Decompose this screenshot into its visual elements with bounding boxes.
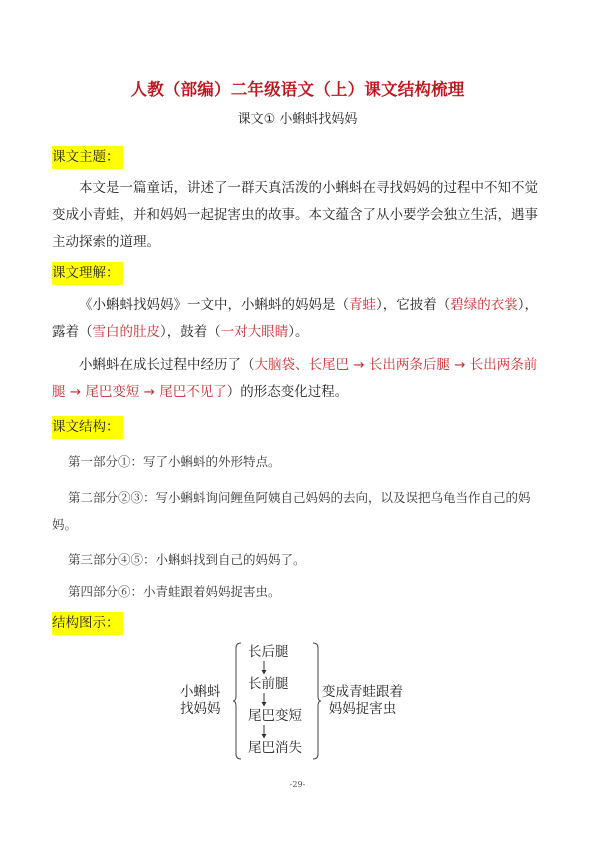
- structure-part-text: 第三部分④⑤：小蝌蚪找到自己的妈妈了。: [68, 552, 306, 567]
- answer-white-belly: 雪白的肚皮: [93, 324, 161, 340]
- section-label-theme: 课文主题：: [52, 146, 123, 169]
- theme-paragraph: 本文是一篇童话，讲述了一群天真活泼的小蝌蚪在寻找妈妈的过程中不知不觉变成小青蛙，…: [52, 175, 544, 256]
- text-fragment: 《小蝌蚪找妈妈》一文中，小蝌蚪的妈妈是（: [79, 297, 349, 313]
- answer-green-clothes: 碧绿的衣裳: [450, 297, 518, 313]
- understanding-paragraph-2: 小蝌蚪在成长过程中经历了（大脑袋、长尾巴 → 长出两条后腿 → 长出两条前腿 →…: [52, 352, 544, 406]
- structure-part-text: 第四部分⑥：小青蛙跟着妈妈捉害虫。: [68, 584, 281, 599]
- structure-part-4: 第四部分⑥：小青蛙跟着妈妈捉害虫。: [52, 578, 544, 605]
- page-number: -29-: [0, 780, 595, 789]
- text-fragment: ）的形态变化过程。: [227, 384, 349, 400]
- left-brace-icon: [232, 642, 242, 760]
- section-label-diagram: 结构图示：: [52, 612, 123, 635]
- down-arrow-icon: [244, 724, 314, 740]
- diagram-right-label: 变成青蛙跟着 妈妈捉害虫: [322, 684, 403, 718]
- diagram-step-3: 尾巴变短: [244, 708, 314, 724]
- diagram-step-1: 长后腿: [244, 644, 314, 660]
- page-title: 人教（部编）二年级语文（上）课文结构梳理: [0, 76, 595, 100]
- lesson-subtitle: 课文① 小蝌蚪找妈妈: [0, 108, 595, 127]
- text-fragment: ）。: [288, 324, 308, 340]
- structure-part-2: 第二部分②③：写小蝌蚪询问鲤鱼阿姨自己妈妈的去向，以及误把乌龟当作自己的妈妈。: [52, 484, 544, 538]
- text-fragment: ），鼓着（: [160, 324, 221, 340]
- down-arrow-icon: [244, 660, 314, 676]
- structure-part-1: 第一部分①：写了小蝌蚪的外形特点。: [52, 448, 544, 475]
- diagram-left-line-1: 小蝌蚪: [180, 684, 221, 701]
- diagram-right-line-1: 变成青蛙跟着: [322, 684, 403, 701]
- structure-part-text: 第一部分①：写了小蝌蚪的外形特点。: [68, 454, 281, 469]
- diagram-left-line-2: 找妈妈: [180, 701, 221, 718]
- structure-part-text: 第二部分②③：写小蝌蚪询问鲤鱼阿姨自己妈妈的去向，以及误把乌龟当作自己的妈妈。: [52, 490, 531, 532]
- answer-frog: 青蛙: [349, 297, 376, 313]
- text-fragment: 小蝌蚪在成长过程中经历了（: [79, 357, 255, 373]
- text-fragment: ），它披着（: [376, 297, 450, 313]
- structure-diagram: 小蝌蚪 找妈妈 长后腿 长前腿 尾巴变短 尾巴消失 变成青蛙跟着 妈妈捉害虫: [170, 640, 460, 765]
- diagram-right-line-2: 妈妈捉害虫: [322, 701, 403, 718]
- right-brace-icon: [312, 642, 322, 760]
- diagram-step-2: 长前腿: [244, 676, 314, 692]
- theme-text: 本文是一篇童话，讲述了一群天真活泼的小蝌蚪在寻找妈妈的过程中不知不觉变成小青蛙，…: [52, 180, 538, 250]
- structure-part-3: 第三部分④⑤：小蝌蚪找到自己的妈妈了。: [52, 546, 544, 573]
- diagram-left-label: 小蝌蚪 找妈妈: [180, 684, 221, 718]
- down-arrow-icon: [244, 692, 314, 708]
- understanding-paragraph-1: 《小蝌蚪找妈妈》一文中，小蝌蚪的妈妈是（青蛙），它披着（碧绿的衣裳），露着（雪白…: [52, 292, 544, 346]
- section-label-structure: 课文结构：: [52, 416, 123, 439]
- diagram-steps: 长后腿 长前腿 尾巴变短 尾巴消失: [244, 644, 314, 756]
- answer-big-eyes: 一对大眼睛: [221, 324, 289, 340]
- section-label-understanding: 课文理解：: [52, 262, 123, 285]
- diagram-step-4: 尾巴消失: [244, 740, 314, 756]
